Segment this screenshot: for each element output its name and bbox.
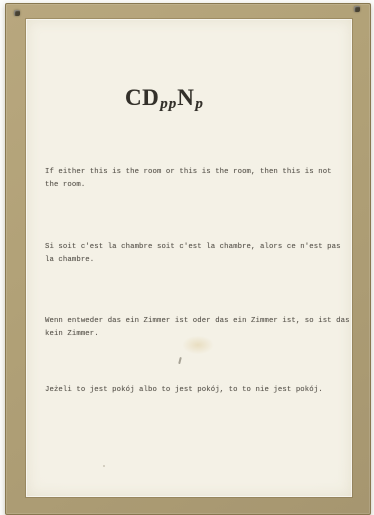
title-variable-p: p <box>195 96 204 112</box>
statement-line: kein Zimmer. <box>45 328 350 341</box>
paper-ink-smudge <box>178 357 181 364</box>
frame-nail-top-right <box>354 6 360 12</box>
artwork-title: CDppNp <box>125 85 204 117</box>
statement-polish: Jeżeli to jest pokój albo to jest pokój,… <box>45 384 323 397</box>
artwork-frame: CDppNp If either this is the room or thi… <box>5 3 371 515</box>
paper-speck <box>103 465 105 467</box>
photo-background: CDppNp If either this is the room or thi… <box>0 0 374 515</box>
paper-sheet: CDppNp If either this is the room or thi… <box>26 19 352 497</box>
statement-line: If either this is the room or this is th… <box>45 166 332 179</box>
statement-french: Si soit c'est la chambre soit c'est la c… <box>45 241 341 267</box>
title-variables-pp: pp <box>160 96 177 112</box>
statement-line: Jeżeli to jest pokój albo to jest pokój,… <box>45 384 323 397</box>
statement-english: If either this is the room or this is th… <box>45 166 332 192</box>
statement-german: Wenn entweder das ein Zimmer ist oder da… <box>45 315 350 341</box>
statement-line: the room. <box>45 179 332 192</box>
frame-nail-top-left <box>14 10 20 16</box>
title-operator-n: N <box>177 85 194 110</box>
statement-line: Si soit c'est la chambre soit c'est la c… <box>45 241 341 254</box>
statement-line: la chambre. <box>45 254 341 267</box>
title-operators-cd: CD <box>125 85 159 110</box>
statement-line: Wenn entweder das ein Zimmer ist oder da… <box>45 315 350 328</box>
